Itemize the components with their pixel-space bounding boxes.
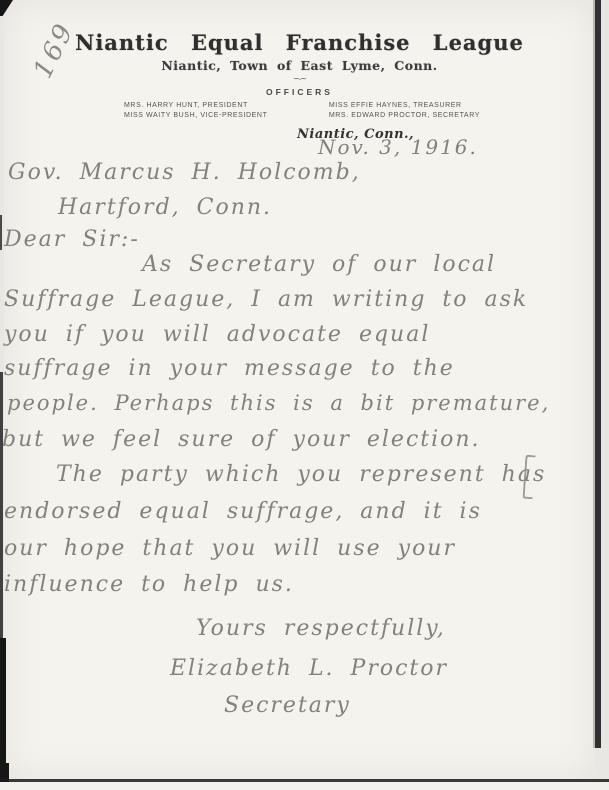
recipient-name-line: Gov. Marcus H. Holcomb,: [8, 160, 361, 185]
body-line: endorsed equal suffrage, and it is: [4, 499, 482, 524]
scan-bed-below-paper: [0, 782, 609, 790]
letterhead: Niantic Equal Franchise League Niantic, …: [4, 0, 595, 121]
scan-artifact-left-edge: [0, 372, 3, 644]
body-line: As Secretary of our local: [142, 252, 496, 277]
scan-artifact-left-edge: [0, 638, 6, 763]
closing-line: Yours respectfully,: [196, 616, 446, 641]
signature: Elizabeth L. Proctor: [170, 656, 448, 681]
recipient-city-line: Hartford, Conn.: [58, 195, 272, 220]
officers-right-column: Miss Effie Haynes, Treasurer Mrs. Edward…: [329, 101, 480, 121]
officers-heading: OFFICERS: [4, 87, 595, 97]
scan-artifact-left-edge: [0, 215, 2, 250]
officer-president: Mrs. Harry Hunt, President: [124, 101, 267, 111]
scan-artifact-right-edge: [595, 0, 601, 748]
organization-name: Niantic Equal Franchise League: [4, 30, 595, 55]
body-line: but we feel sure of your election.: [2, 427, 481, 452]
organization-location: Niantic, Town of East Lyme, Conn.: [4, 58, 595, 73]
signature-title: Secretary: [224, 693, 351, 718]
body-line: our hope that you will use your: [4, 536, 456, 561]
officer-secretary: Mrs. Edward Proctor, Secretary: [329, 111, 480, 121]
officer-vice-president: Miss Waity Bush, Vice-President: [124, 111, 267, 121]
body-line: suffrage in your message to the: [4, 356, 455, 381]
body-line: The party which you represent has: [56, 462, 546, 487]
body-line: Suffrage League, I am writing to ask: [4, 287, 528, 312]
salutation: Dear Sir:-: [4, 227, 140, 252]
body-line: you if you will advocate equal: [4, 322, 430, 347]
officers-left-column: Mrs. Harry Hunt, President Miss Waity Bu…: [124, 101, 267, 121]
body-line: people. Perhaps this is a bit premature,: [7, 391, 550, 415]
body-line: influence to help us.: [4, 572, 294, 597]
scroll-ornament: ~·~: [4, 74, 595, 85]
officers-list: Mrs. Harry Hunt, President Miss Waity Bu…: [4, 97, 595, 121]
handwritten-date: Nov. 3, 1916.: [318, 135, 478, 159]
scanned-letter-page: Niantic Equal Franchise League Niantic, …: [0, 0, 609, 790]
officer-treasurer: Miss Effie Haynes, Treasurer: [329, 101, 480, 111]
